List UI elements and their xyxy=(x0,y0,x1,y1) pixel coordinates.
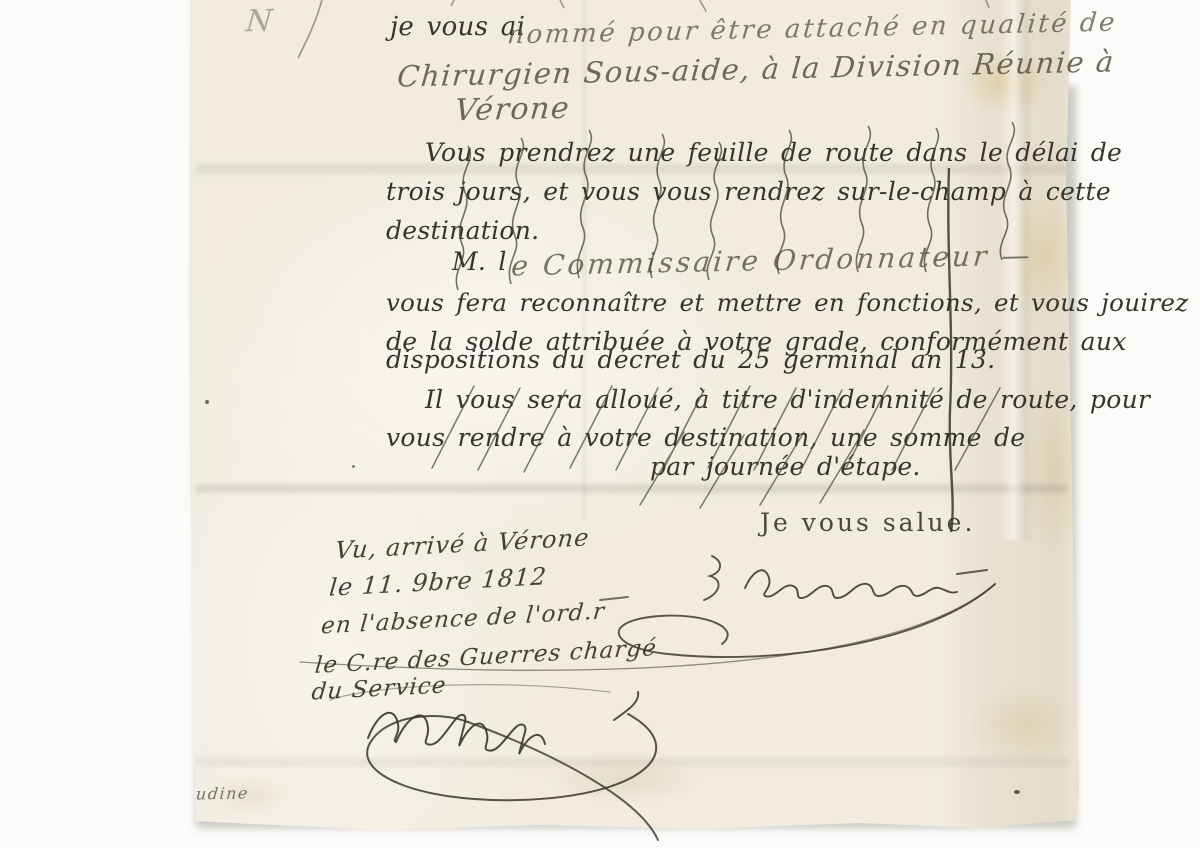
body-line: Vous prendrez une feuille de route dans … xyxy=(425,138,1122,167)
scanned-letter: N udine je vous ai nommé pour être attac… xyxy=(0,0,1200,848)
body-line: vous fera reconnaître et mettre en fonct… xyxy=(386,288,1188,317)
horizontal-crease xyxy=(196,758,1068,766)
ink-dot xyxy=(1014,790,1020,794)
body-line: Il vous sera alloué, à titre d'indemnité… xyxy=(425,385,1150,414)
horizontal-crease xyxy=(196,484,1068,493)
body-line: trois jours, et vous vous rendrez sur-le… xyxy=(386,177,1111,206)
margin-letter-n: N xyxy=(245,4,276,40)
printed-intro: je vous ai xyxy=(390,12,525,42)
body-line: dispositions du décret du 25 germinal an… xyxy=(386,345,995,374)
ink-dot xyxy=(205,400,209,404)
printed-m-l: M. l xyxy=(452,247,507,276)
body-line-centered: par journée d'étape. xyxy=(650,452,921,481)
hand-destination-place: Vérone xyxy=(453,91,571,128)
ink-dot xyxy=(352,465,355,468)
body-line: destination. xyxy=(386,216,539,245)
ink-dot xyxy=(122,129,127,132)
margin-note-udine: udine xyxy=(195,783,250,803)
salutation: Je vous salue. xyxy=(760,508,975,537)
body-line: vous rendre à votre destination, une som… xyxy=(386,423,1025,452)
